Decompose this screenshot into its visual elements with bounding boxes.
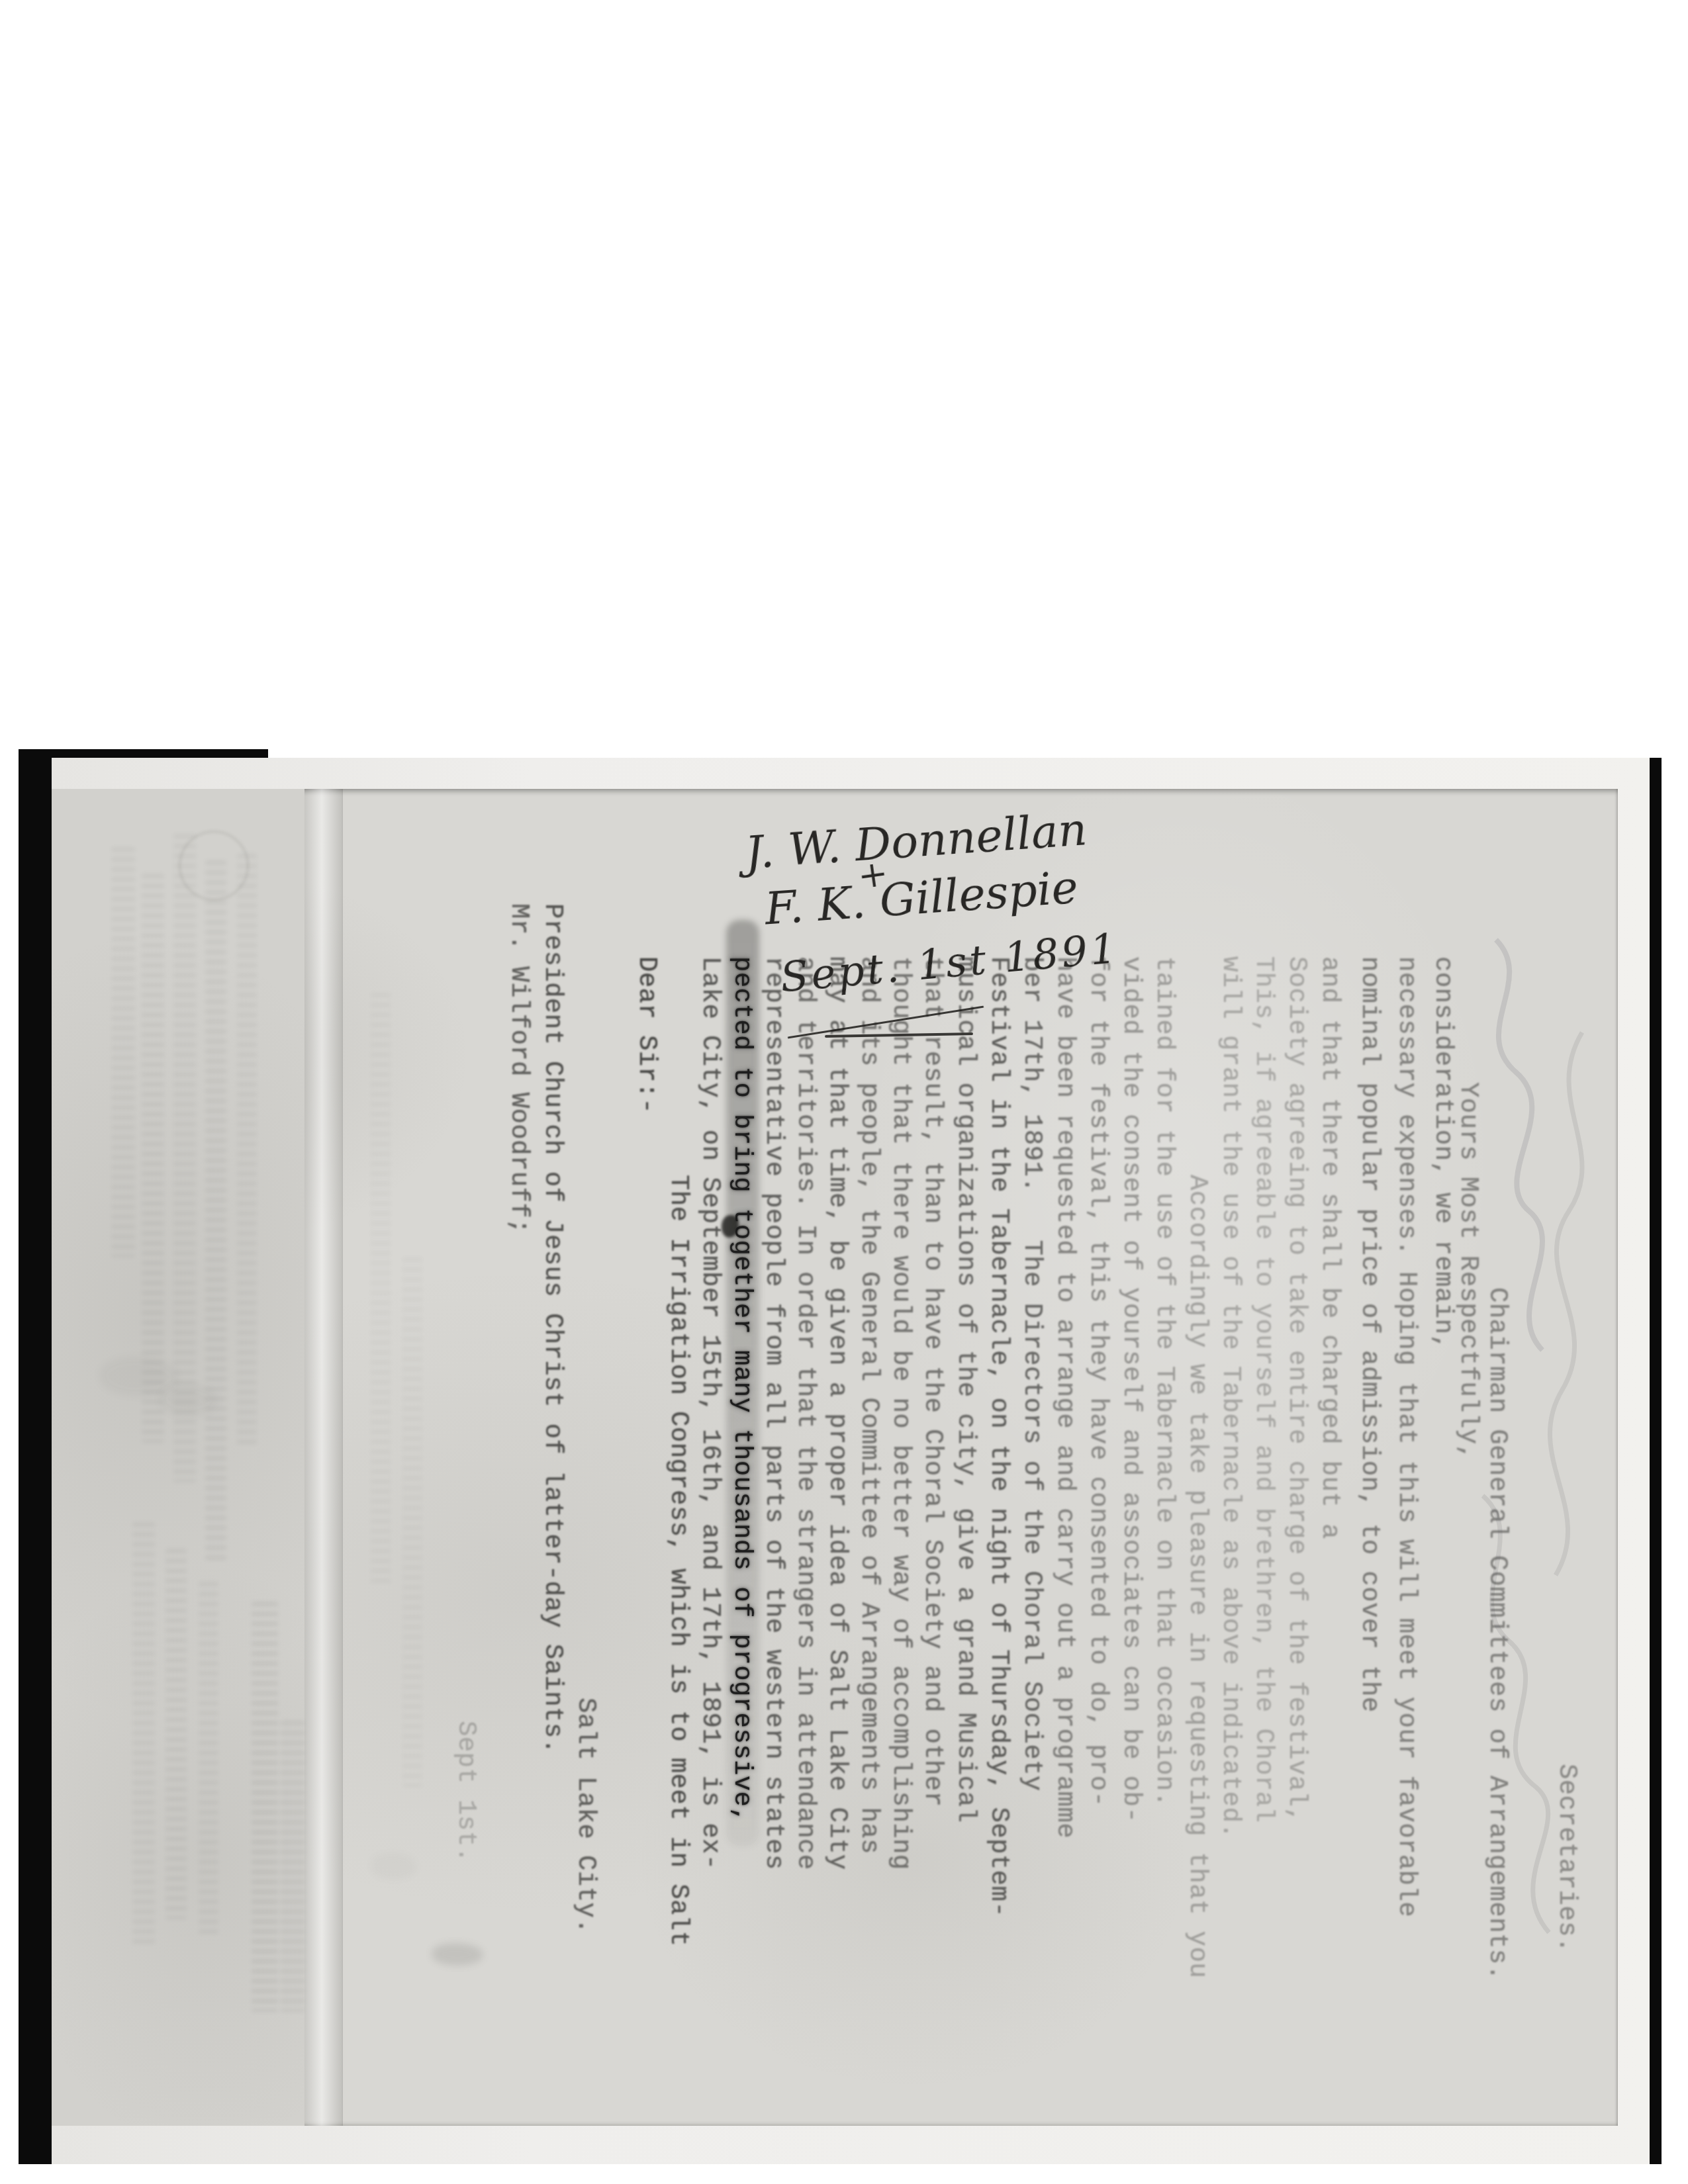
typed-line: and its people, the General Committee of… — [855, 956, 884, 1854]
typed-line: and that there shall be charged but a — [1315, 956, 1344, 1539]
ghost-text-strip — [111, 847, 135, 1257]
typed-line: Society agreeing to take entire charge o… — [1282, 956, 1311, 1823]
scanner-border-left — [19, 749, 52, 2164]
typed-line: Accordingly we take pleasure in requesti… — [1183, 1175, 1212, 1978]
ghost-smudge — [159, 1383, 218, 1416]
typed-line: ber 17th, 1891. The Directors of the Cho… — [1017, 956, 1047, 1792]
typed-line: Lake City, on September 15th, 16th, and … — [696, 956, 725, 1870]
document-scan-page: { "colors": { "canvas": "#ffffff", "back… — [0, 0, 1688, 2184]
ghost-text-strip — [199, 1582, 218, 1939]
typed-line: Salt Lake City. — [571, 1698, 600, 1934]
typed-line: that result, than to have the Choral Soc… — [918, 956, 947, 1807]
typed-line: and territories. In order that the stran… — [791, 956, 820, 1870]
typed-line: have been requested to arrange and carry… — [1051, 956, 1080, 1839]
typed-line: may at that time, be given a proper idea… — [823, 956, 852, 1870]
ghost-smudge — [432, 1943, 483, 1966]
ghost-text-strip — [402, 1257, 422, 1787]
ghost-text-strip — [371, 993, 391, 1588]
typed-line: necessary expenses. Hoping that this wil… — [1392, 956, 1421, 1917]
typed-line: nominal popular price of admission, to c… — [1355, 956, 1384, 1713]
ghost-text-strip — [165, 1549, 187, 1919]
fold-crease-line — [305, 789, 343, 2126]
typed-line: President Church of Jesus Christ of latt… — [538, 903, 567, 1754]
scanner-border-right — [1650, 758, 1662, 2164]
ghost-text-strip — [237, 854, 257, 1449]
signature-ghost-squiggles — [1443, 900, 1642, 1992]
round-stamp-ghost — [179, 831, 249, 901]
typed-line: Sept 1st. — [451, 1721, 481, 1862]
typed-line: musical organizations of the city, give … — [951, 956, 980, 1823]
typed-line: tained for the use of the Tabernacle on … — [1150, 956, 1179, 1807]
typed-line: vided the consent of yourself and associ… — [1117, 956, 1146, 1823]
typed-line: Festival in the Tabernacle, on the night… — [984, 956, 1013, 1917]
typed-line: thought that there would be no better wa… — [886, 956, 915, 1870]
typed-line: Mr. Wilford Woodruff; — [504, 903, 534, 1234]
ghost-text-strip — [205, 860, 226, 1562]
typed-line: representative people from all parts of … — [759, 956, 788, 1870]
typed-line: Dear Sir:- — [632, 956, 661, 1114]
ghost-text-strip — [252, 1602, 278, 2012]
ghost-smudge — [371, 1853, 417, 1880]
typed-line: for the festival, this they have consent… — [1084, 956, 1113, 1807]
typed-line: This, if agreeable to yourself and breth… — [1249, 956, 1278, 1823]
ghost-text-strip — [281, 1721, 305, 2012]
typed-line: will grant the use of the Tabernacle as … — [1216, 956, 1245, 1839]
typed-line: pected to bring together many thousands … — [727, 956, 757, 1823]
ghost-text-strip — [132, 1522, 155, 1946]
typed-line: The Irrigation Congress, which is to mee… — [664, 1175, 693, 1946]
